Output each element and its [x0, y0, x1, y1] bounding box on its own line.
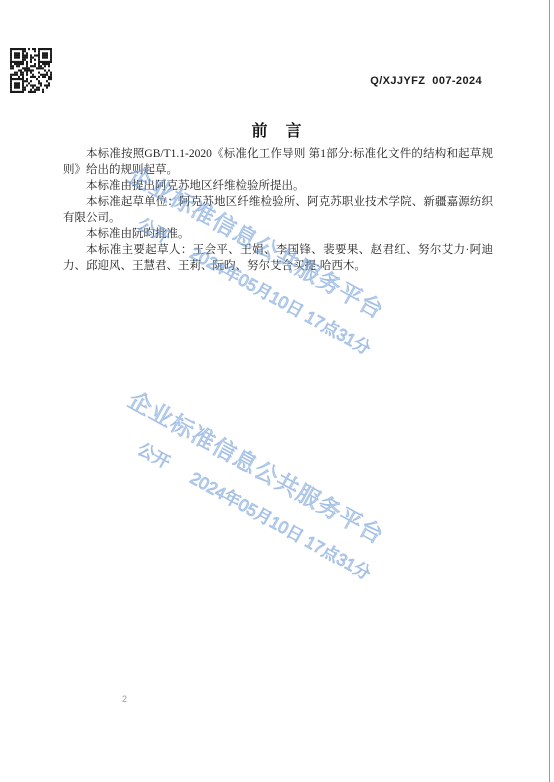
standard-number: Q/XJJYFZ 007-2024	[370, 75, 482, 87]
document-page: Q/XJJYFZ 007-2024 前 言 本标准按照GB/T1.1-2020《…	[0, 0, 554, 782]
page-number: 2	[122, 694, 127, 704]
watermark-datetime: 2024年05月10日 17点31分	[187, 468, 374, 583]
page-title: 前 言	[0, 118, 554, 141]
paragraph-drafting-rules: 本标准按照GB/T1.1-2020《标准化工作导则 第1部分:标准化文件的结构和…	[63, 146, 493, 178]
paragraph-main-drafters: 本标准主要起草人：王会平、王娟、李国锋、裴要果、赵君红、努尔艾力·阿迪力、邱迎风…	[63, 242, 493, 274]
paragraph-drafting-units: 本标准起草单位：阿克苏地区纤维检验所、阿克苏职业技术学院、新疆嘉源纺织有限公司。	[63, 194, 493, 226]
page-edge-line	[549, 0, 550, 782]
watermark-timestamp: 公开2024年05月10日 17点31分	[134, 435, 376, 584]
watermark-platform-text: 企业标准信息公共服务平台	[123, 382, 391, 550]
qr-code-icon	[10, 48, 52, 93]
paragraph-proposed-by: 本标准由提出阿克苏地区纤维检验所提出。	[63, 178, 493, 194]
foreword-body: 本标准按照GB/T1.1-2020《标准化工作导则 第1部分:标准化文件的结构和…	[63, 146, 493, 274]
paragraph-approved-by: 本标准由阮昀批准。	[63, 226, 493, 242]
watermark-public-label: 公开	[134, 439, 173, 472]
